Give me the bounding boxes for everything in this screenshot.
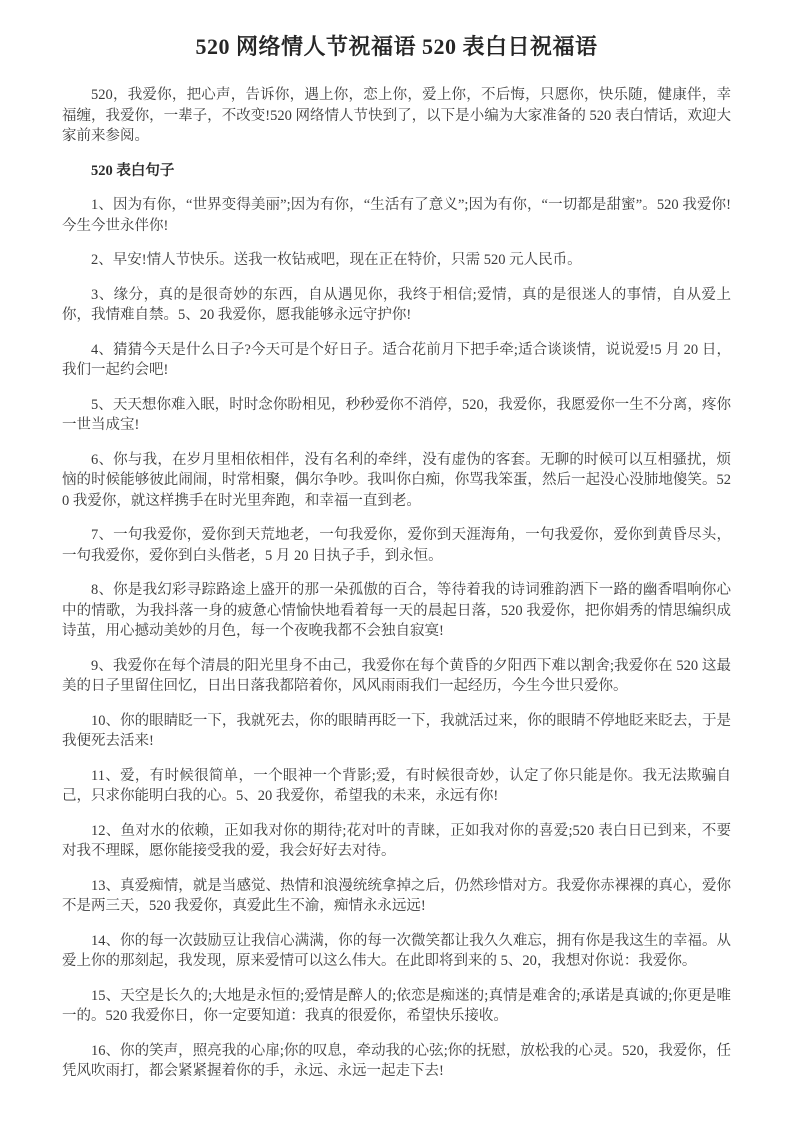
list-item: 3、缘分，真的是很奇妙的东西，自从遇见你，我终于相信;爱情，真的是很迷人的事情，… — [62, 285, 731, 326]
intro-paragraph: 520，我爱你，把心声，告诉你，遇上你，恋上你，爱上你，不后悔，只愿你，快乐随，… — [62, 85, 731, 147]
list-item: 5、天天想你难入眠，时时念你盼相见，秒秒爱你不消停，520，我爱你，我愿爱你一生… — [62, 395, 731, 436]
list-item: 15、天空是长久的;大地是永恒的;爱情是醉人的;依恋是痴迷的;真情是难舍的;承诺… — [62, 986, 731, 1027]
list-item: 8、你是我幻彩寻踪路途上盛开的那一朵孤傲的百合，等待着我的诗词雅韵洒下一路的幽香… — [62, 580, 731, 642]
list-item: 1、因为有你，“世界变得美丽”;因为有你，“生活有了意义”;因为有你，“一切都是… — [62, 195, 731, 236]
list-item: 12、鱼对水的依赖，正如我对你的期待;花对叶的青睐，正如我对你的喜爱;520 表… — [62, 821, 731, 862]
page-title: 520 网络情人节祝福语 520 表白日祝福语 — [62, 32, 731, 62]
list-item: 7、一句我爱你，爱你到天荒地老，一句我爱你，爱你到天涯海角，一句我爱你，爱你到黄… — [62, 525, 731, 566]
list-item: 11、爱，有时候很简单，一个眼神一个背影;爱，有时候很奇妙，认定了你只能是你。我… — [62, 766, 731, 807]
list-item: 4、猜猜今天是什么日子?今天可是个好日子。适合花前月下把手牵;适合谈谈情，说说爱… — [62, 340, 731, 381]
document-page: 520 网络情人节祝福语 520 表白日祝福语 520，我爱你，把心声，告诉你，… — [0, 0, 794, 1123]
list-item: 13、真爱痴情，就是当感觉、热情和浪漫统统拿掉之后，仍然珍惜对方。我爱你赤裸裸的… — [62, 876, 731, 917]
list-item: 9、我爱你在每个清晨的阳光里身不由己，我爱你在每个黄昏的夕阳西下难以割舍;我爱你… — [62, 656, 731, 697]
list-item: 14、你的每一次鼓励豆让我信心满满，你的每一次微笑都让我久久难忘，拥有你是我这生… — [62, 931, 731, 972]
list-item: 10、你的眼睛眨一下，我就死去，你的眼睛再眨一下，我就活过来，你的眼睛不停地眨来… — [62, 711, 731, 752]
list-item: 2、早安!情人节快乐。送我一枚钻戒吧，现在正在特价，只需 520 元人民币。 — [62, 250, 731, 271]
list-item: 16、你的笑声，照亮我的心扉;你的叹息，牵动我的心弦;你的抚慰，放松我的心灵。5… — [62, 1041, 731, 1082]
list-item: 6、你与我，在岁月里相依相伴，没有名利的牵绊，没有虚伪的客套。无聊的时候可以互相… — [62, 450, 731, 512]
section-heading: 520 表白句子 — [62, 161, 731, 182]
